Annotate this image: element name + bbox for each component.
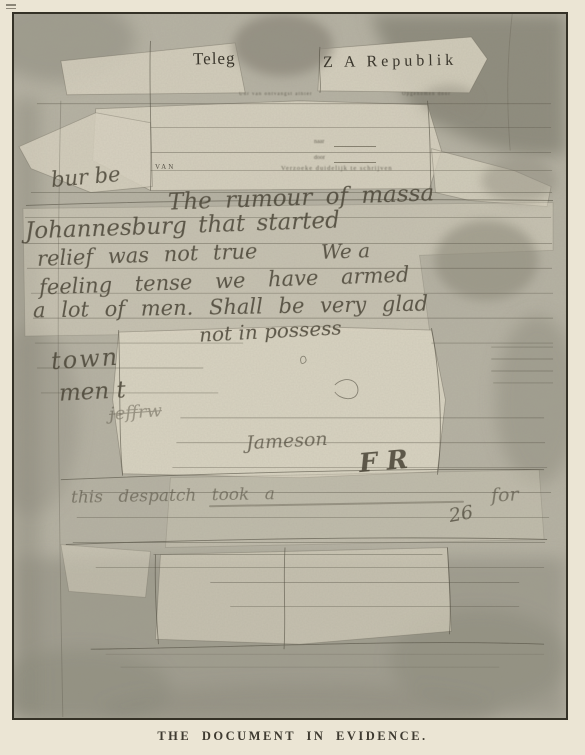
form-printed-notice: Verzoeke duidelijk te schrijven xyxy=(281,166,393,173)
naar-field-line xyxy=(334,146,376,147)
handwriting-line: We a xyxy=(321,240,371,262)
form-header-right: Z A Republik xyxy=(323,53,457,71)
figure-caption: THE DOCUMENT IN EVIDENCE. xyxy=(0,729,585,744)
handwriting-scribble: jeffrw xyxy=(108,402,162,424)
page-blemish xyxy=(6,4,16,11)
form-header-left: Teleg xyxy=(193,50,236,68)
handwriting-scribble: Jameson xyxy=(246,430,329,453)
handwriting-initials: F R xyxy=(358,447,409,477)
door-field-line xyxy=(334,162,376,163)
handwriting-line: town xyxy=(50,345,120,374)
handwriting-number: 26 xyxy=(448,503,475,526)
form-field-naar: naar xyxy=(314,139,324,145)
handwriting-fragment: for xyxy=(491,485,520,505)
form-field-door: door xyxy=(314,155,325,161)
evidence-photograph: Teleg Z A Republik Uur van ontvangst alh… xyxy=(12,12,568,720)
book-page: Teleg Z A Republik Uur van ontvangst alh… xyxy=(0,0,585,755)
form-field-van: VAN xyxy=(155,164,175,171)
form-micro-print-right: Opgenomen door xyxy=(402,92,451,97)
handwriting-line: men t xyxy=(58,379,126,405)
form-micro-print-left: Uur van ontvangst alhier xyxy=(239,92,313,97)
